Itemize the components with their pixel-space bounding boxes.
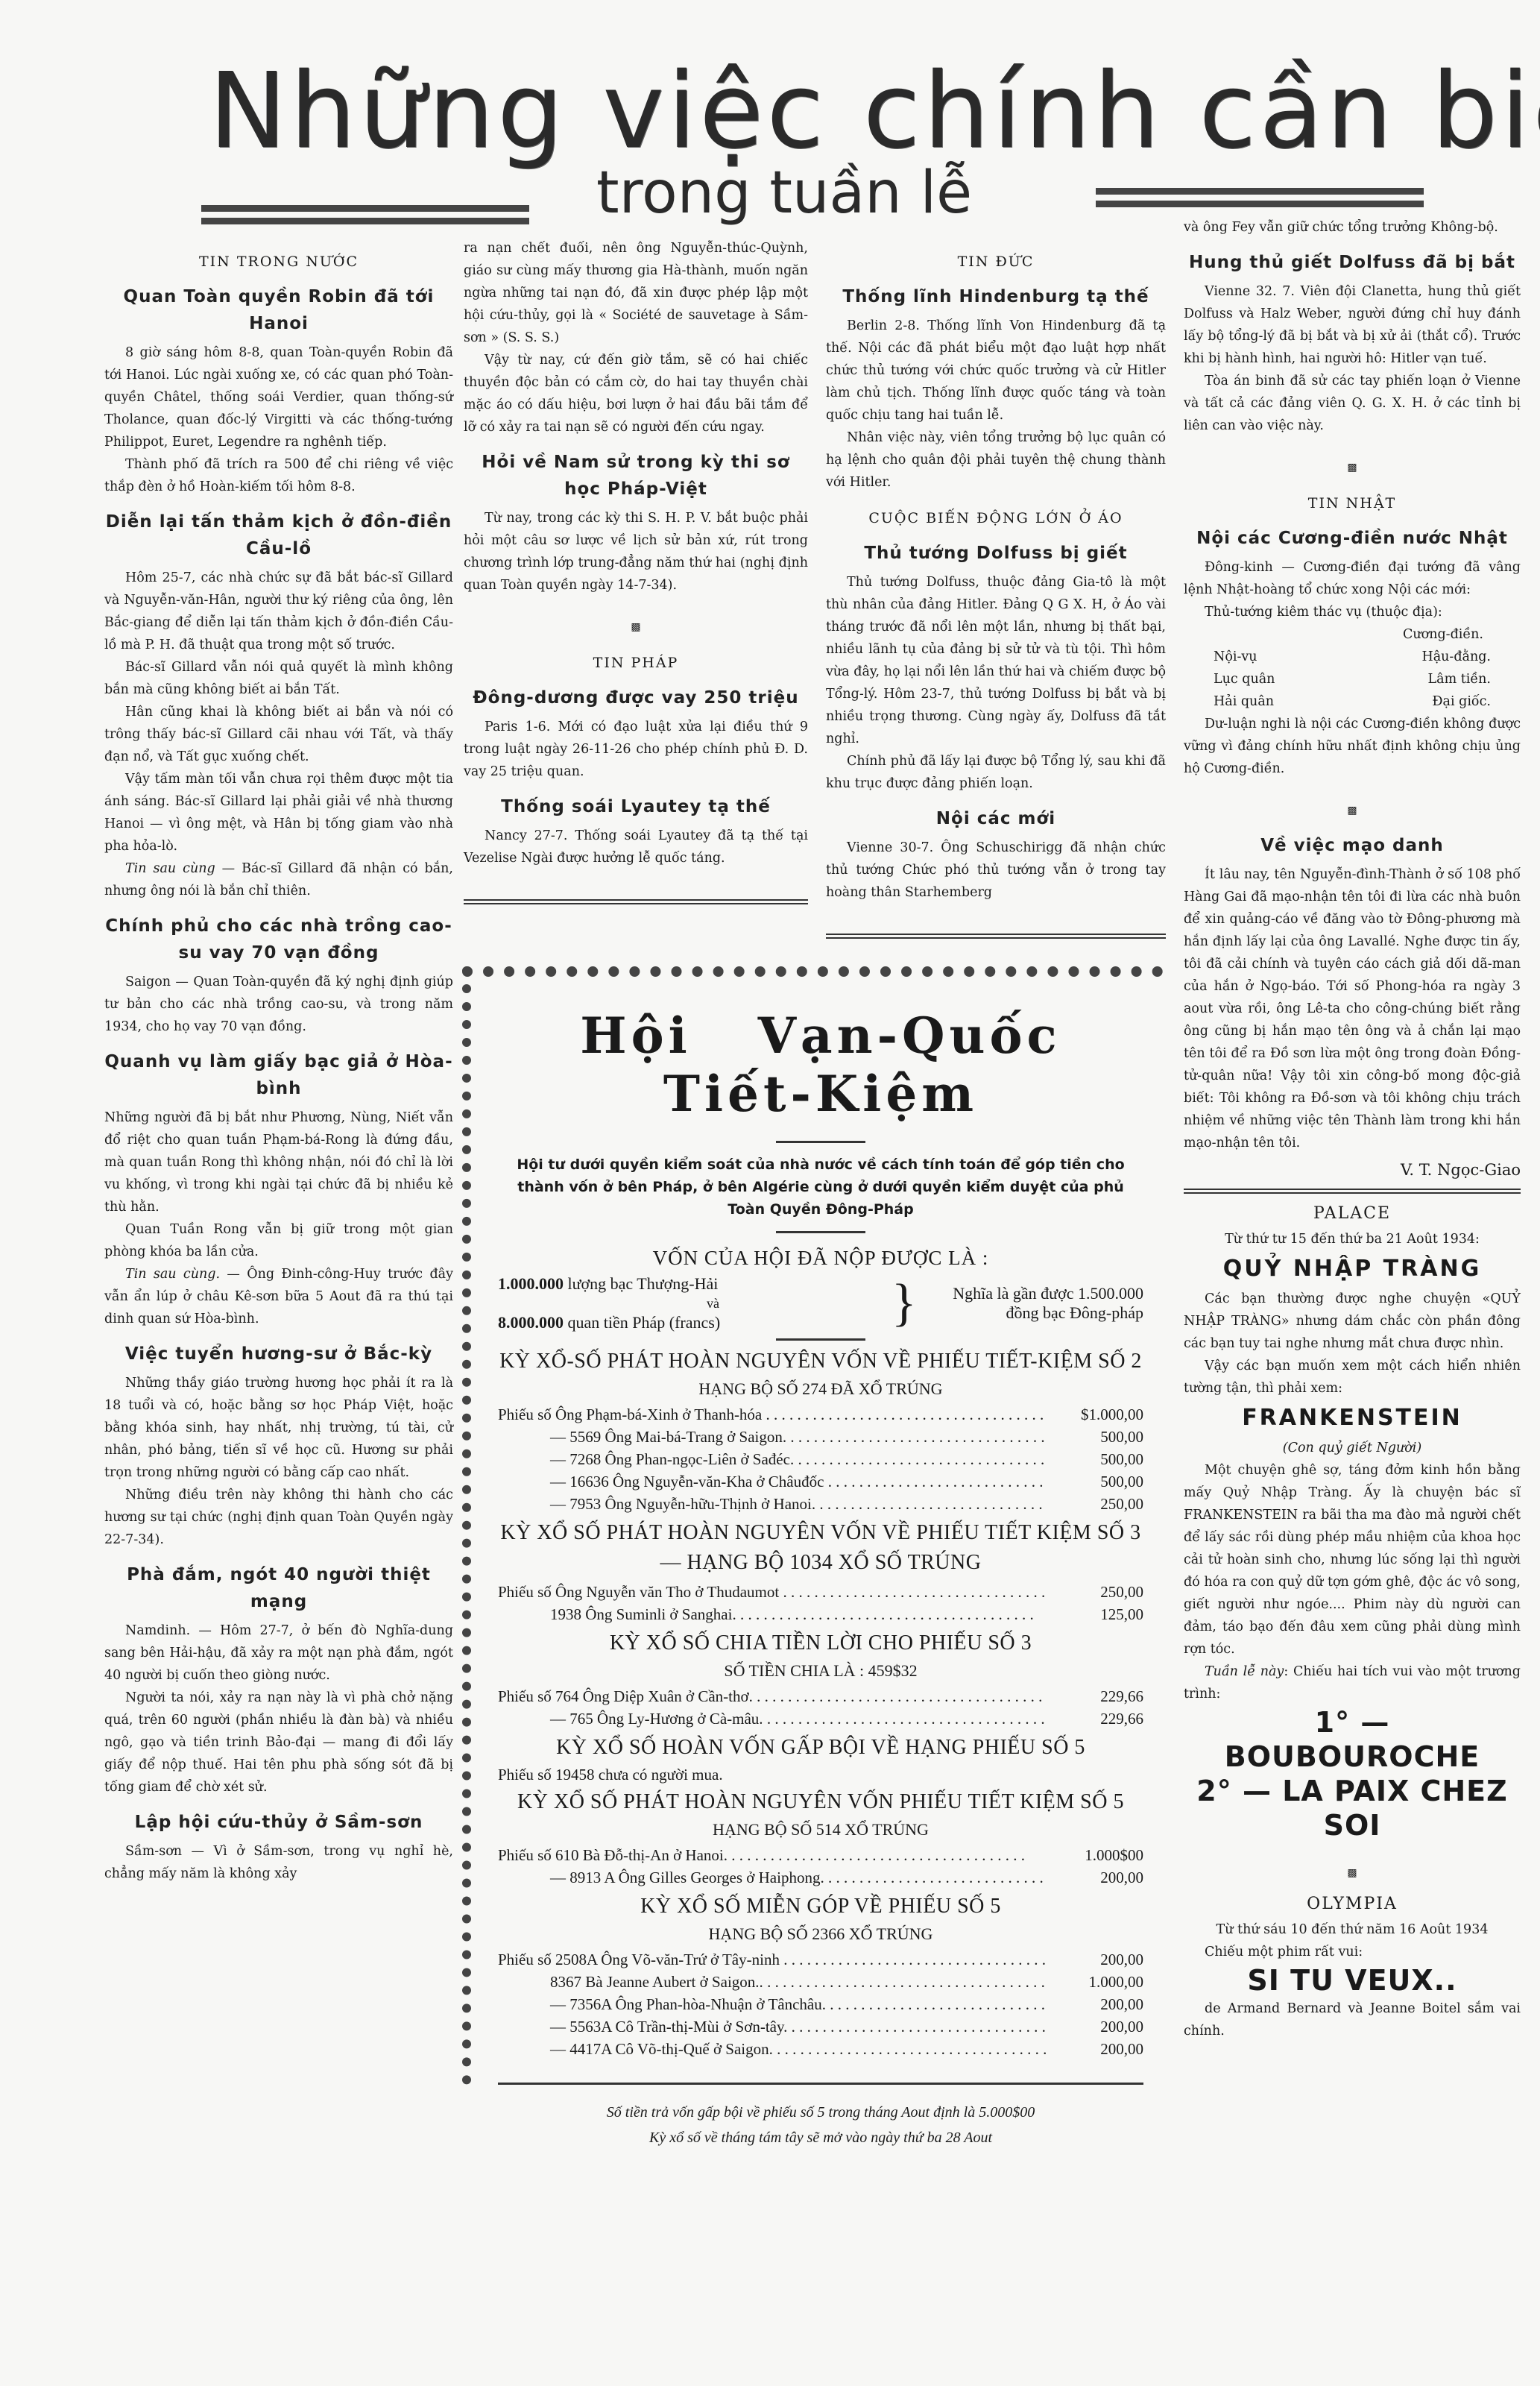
winner-row: Phiếu số Ông Phạm-bá-Xinh ở Thanh-hóa$1.… [498, 1403, 1143, 1426]
winner-row: — 4417A Cô Võ-thị-Quế ở Saigon.200,00 [498, 2038, 1143, 2060]
capital-unit: quan tiền Pháp (francs) [568, 1313, 721, 1332]
paragraph: và ông Fey vẫn giữ chức tổng trưởng Khôn… [1184, 216, 1521, 239]
headline: Nội các mới [826, 805, 1166, 832]
post: Hải quân [1214, 690, 1274, 713]
paragraph: Nhân việc này, viên tổng trưởng bộ lục q… [826, 426, 1166, 494]
post: Lục quân [1214, 668, 1275, 690]
italic-label: Tin sau cùng [125, 861, 215, 876]
conjunction: và [498, 1294, 886, 1313]
headline: Hỏi về Nam sử trong kỳ thi sơ học Pháp-V… [464, 449, 808, 503]
headline: Nội các Cương-điền nước Nhật [1184, 525, 1521, 552]
paragraph: Những người đã bị bắt như Phương, Nùng, … [104, 1107, 453, 1218]
winner-row: — 5563A Cô Trần-thị-Mùi ở Sơn-tây.200,00 [498, 2015, 1143, 2038]
showing-dates: Từ thứ sáu 10 đến thứ năm 16 Août 1934 [1184, 1918, 1521, 1941]
paragraph: Các bạn thường được nghe chuyện «QUỶ NHẬ… [1184, 1288, 1521, 1355]
winner-row: 8367 Bà Jeanne Aubert ở Saigon..1.000,00 [498, 1971, 1143, 1993]
paragraph: Paris 1-6. Mới có đạo luật xửa lại điều … [464, 716, 808, 783]
section-label: TIN ĐỨC [826, 251, 1166, 273]
column-two: ra nạn chết đuối, nên ông Nguyễn-thúc-Qu… [464, 237, 808, 912]
winner-row: 1938 Ông Suminli ở Sanghai.125,00 [498, 1603, 1143, 1625]
winner-row: — 16636 Ông Nguyễn-văn-Kha ở Châuđốc500,… [498, 1470, 1143, 1493]
winner-row: — 7356A Ông Phan-hòa-Nhuận ở Tânchâu.200… [498, 1993, 1143, 2015]
signature: V. T. Ngọc-Giao [1184, 1159, 1521, 1181]
draw-heading: KỲ XỔ SỐ CHIA TIỀN LỜI CHO PHIẾU SỐ 3 [498, 1628, 1143, 1658]
minister: Đại giốc. [1432, 690, 1491, 713]
paragraph: Những điều trên này không thi hành cho c… [104, 1484, 453, 1551]
paragraph: Ít lâu nay, tên Nguyễn-đình-Thành ở số 1… [1184, 863, 1521, 1154]
ad-footer: Số tiền trả vốn gấp bội về phiếu số 5 tr… [498, 2083, 1143, 2150]
paragraph: Tin sau cùng. — Ông Đinh-công-Huy trước … [104, 1263, 453, 1330]
divider [464, 899, 808, 904]
section-label: CUỘC BIẾN ĐỘNG LỚN Ở ÁO [826, 507, 1166, 529]
capital-equivalent: Nghĩa là gần được 1.500.000 đồng bạc Đôn… [923, 1284, 1143, 1323]
paragraph: Hân cũng khai là không biết ai bắn và nó… [104, 701, 453, 768]
ornament-icon: ▩ [1184, 799, 1521, 822]
paragraph: Bác-sĩ Gillard vẫn nói quả quyết là mình… [104, 656, 453, 701]
headline: Về việc mạo danh [1184, 832, 1521, 859]
draw-heading: KỲ XỔ SỐ MIỄN GÓP VỀ PHIẾU SỐ 5 [498, 1892, 1143, 1921]
footer-line: Kỳ xổ số về tháng tám tây sẽ mở vào ngày… [498, 2125, 1143, 2150]
paragraph: Những thầy giáo trường hương học phải ít… [104, 1372, 453, 1484]
draw-subheading: HẠNG BỘ SỐ 514 XỔ TRÚNG [498, 1820, 1143, 1839]
section-label: TIN NHẬT [1184, 492, 1521, 514]
paragraph: Saigon — Quan Toàn-quyền đã ký nghị định… [104, 971, 453, 1038]
capital-amount: 1.000.000 [498, 1274, 564, 1293]
winner-row: — 8913 A Ông Gilles Georges ở Haiphong.2… [498, 1866, 1143, 1889]
paragraph: Berlin 2-8. Thống lĩnh Von Hindenburg đã… [826, 315, 1166, 426]
paragraph: Tuần lễ này: Chiếu hai tích vui vào một … [1184, 1661, 1521, 1705]
cinema-name: PALACE [1184, 1203, 1521, 1225]
draw-subheading: HẠNG BỘ SỐ 2366 XỔ TRÚNG [498, 1924, 1143, 1944]
winner-row: Phiếu số 610 Bà Đỗ-thị-An ở Hanoi.1.000$… [498, 1844, 1143, 1866]
section-label: TIN PHÁP [464, 652, 808, 674]
winner-row: Phiếu số 2508A Ông Võ-văn-Trứ ở Tây-ninh… [498, 1948, 1143, 1971]
paragraph: Thành phố đã trích ra 500 để chi riêng v… [104, 453, 453, 498]
minister: Lâm tiền. [1428, 668, 1491, 690]
ornament-icon: ▩ [464, 616, 808, 638]
footer-line: Số tiền trả vốn gấp bội về phiếu số 5 tr… [498, 2100, 1143, 2125]
film-title: FRANKENSTEIN [1184, 1407, 1521, 1429]
paragraph: Quan Tuần Rong vẫn bị giữ trong một gian… [104, 1218, 453, 1263]
column-domestic-news: TIN TRONG NƯỚC Quan Toàn quyền Robin đã … [104, 237, 453, 1885]
headline: Quan Toàn quyền Robin đã tới Hanoi [104, 283, 453, 337]
masthead: Những việc chính cần biết trong tuần lễ [201, 30, 1424, 209]
paragraph: Chiếu một phim rất vui: [1184, 1941, 1521, 1963]
paragraph: de Armand Bernard và Jeanne Boitel sắm v… [1184, 1998, 1521, 2042]
paragraph: Từ nay, trong các kỳ thi S. H. P. V. bắt… [464, 507, 808, 596]
divider [776, 1141, 865, 1143]
paragraph: Thủ-tướng kiêm thác vụ (thuộc địa): [1184, 601, 1521, 623]
headline: Quanh vụ làm giấy bạc giả ở Hòa-bình [104, 1048, 453, 1102]
post: Nội-vụ [1214, 646, 1257, 668]
paragraph: Vienne 32. 7. Viên đội Clanetta, hung th… [1184, 280, 1521, 370]
draw-subheading: SỐ TIỀN CHIA LÀ : 459$32 [498, 1661, 1143, 1681]
cinema-name: OLYMPIA [1184, 1893, 1521, 1916]
masthead-subtitle: trong tuần lễ [596, 164, 972, 222]
paragraph: Đông-kinh — Cương-điền đại tướng đã vâng… [1184, 556, 1521, 601]
cabinet-row: Hải quânĐại giốc. [1184, 690, 1521, 713]
paragraph: Thủ tướng Dolfuss, thuộc đảng Gia-tô là … [826, 571, 1166, 750]
program-item: 2° — LA PAIX CHEZ SOI [1184, 1774, 1521, 1842]
headline: Thống soái Lyautey tạ thế [464, 793, 808, 820]
paragraph: Một chuyện ghê sợ, táng đởm kinh hồn bằn… [1184, 1459, 1521, 1661]
italic-label: Tin sau cùng. [125, 1267, 220, 1282]
paragraph: Vậy các bạn muốn xem một cách hiển nhiên… [1184, 1355, 1521, 1400]
draw-note: Phiếu số 19458 chưa có người mua. [498, 1766, 1143, 1784]
capital-amount: 8.000.000 [498, 1313, 564, 1332]
draw-heading: KỲ XỔ SỐ PHÁT HOÀN NGUYÊN VỐN VỀ PHIẾU T… [498, 1518, 1143, 1578]
paragraph: Nancy 27-7. Thống soái Lyautey đã tạ thế… [464, 825, 808, 869]
column-germany-news: TIN ĐỨC Thống lĩnh Hindenburg tạ thế Ber… [826, 237, 1166, 946]
paragraph: Tin sau cùng — Bác-sĩ Gillard đã nhận có… [104, 857, 453, 902]
program-item: 1° — BOUBOUROCHE [1184, 1705, 1521, 1774]
capital-heading: VỐN CỦA HỘI ĐÃ NỘP ĐƯỢC LÀ : [498, 1247, 1143, 1270]
draw-subheading: HẠNG BỘ SỐ 274 ĐÃ XỔ TRÚNG [498, 1379, 1143, 1399]
headline: Thống lĩnh Hindenburg tạ thế [826, 283, 1166, 310]
masthead-title: Những việc chính cần biết [209, 60, 1540, 164]
headline: Hung thủ giết Dolfuss đã bị bắt [1184, 249, 1521, 276]
paragraph: Tòa án binh đã sử các tay phiến loạn ở V… [1184, 370, 1521, 437]
draw-heading: KỲ XỔ SỐ PHÁT HOÀN NGUYÊN VỐN PHIẾU TIẾT… [498, 1787, 1143, 1817]
divider [826, 934, 1166, 939]
headline: Chính phủ cho các nhà trồng cao-su vay 7… [104, 913, 453, 966]
paragraph: Vậy từ nay, cứ đến giờ tắm, sẽ có hai ch… [464, 349, 808, 438]
cabinet-row: Lục quânLâm tiền. [1184, 668, 1521, 690]
film-title: QUỶ NHẬP TRÀNG [1184, 1258, 1521, 1280]
winner-row: — 765 Ông Ly-Hương ở Cà-mâu.229,66 [498, 1707, 1143, 1730]
masthead-rule-left [201, 205, 529, 224]
draw-heading: KỲ XỔ-SỐ PHÁT HOÀN NGUYÊN VỐN VỀ PHIẾU T… [498, 1347, 1143, 1376]
winner-row: — 5569 Ông Mai-bá-Trang ở Saigon.500,00 [498, 1426, 1143, 1448]
headline: Đông-dương được vay 250 triệu [464, 684, 808, 711]
winner-row: Phiếu số 764 Ông Diệp Xuân ở Cần-thơ.229… [498, 1685, 1143, 1707]
film-subtitle: (Con quỷ giết Người) [1184, 1437, 1521, 1459]
paragraph: Vậy tấm màn tối vẫn chưa rọi thêm được m… [104, 768, 453, 857]
section-label: TIN TRONG NƯỚC [104, 251, 453, 273]
brace-icon: } [892, 1281, 917, 1326]
paragraph: Người ta nói, xảy ra nạn này là vì phà c… [104, 1687, 453, 1798]
ad-intro: Hội tư dưới quyền kiểm soát của nhà nước… [498, 1153, 1143, 1221]
headline: Thủ tướng Dolfuss bị giết [826, 540, 1166, 567]
italic-label: Tuần lễ này [1205, 1664, 1284, 1679]
minister: Hậu-đằng. [1421, 646, 1491, 668]
winner-row: — 7268 Ông Phan-ngọc-Liên ở Sađéc.500,00 [498, 1448, 1143, 1470]
capital-unit: lượng bạc Thượng-Hải [568, 1274, 719, 1293]
divider [776, 1338, 865, 1341]
winner-row: Phiếu số Ông Nguyễn văn Tho ở Thudaumot2… [498, 1581, 1143, 1603]
paragraph: Hôm 25-7, các nhà chức sự đã bắt bác-sĩ … [104, 567, 453, 656]
paragraph: Vienne 30-7. Ông Schuschirigg đã nhận ch… [826, 837, 1166, 904]
cabinet-row: Nội-vụHậu-đằng. [1184, 646, 1521, 668]
column-four: và ông Fey vẫn giữ chức tổng trưởng Khôn… [1184, 216, 1521, 2042]
headline: Việc tuyển hương-sư ở Bắc-kỳ [104, 1341, 453, 1367]
ornament-icon: ▩ [1184, 456, 1521, 479]
ornament-icon: ▩ [1184, 1862, 1521, 1884]
cabinet-pm: Cương-điền. [1184, 623, 1521, 646]
paragraph: Namdinh. — Hôm 27-7, ở bến đò Nghĩa-dung… [104, 1619, 453, 1687]
ad-title: Hội Vạn-Quốc Tiết-Kiệm [498, 1007, 1143, 1123]
paragraph: Sầm-sơn — Vì ở Sầm-sơn, trong vụ nghỉ hè… [104, 1840, 453, 1885]
divider [776, 1231, 865, 1233]
winner-row: — 7953 Ông Nguyễn-hữu-Thịnh ở Hanoi.250,… [498, 1493, 1143, 1515]
savings-society-advertisement: Hội Vạn-Quốc Tiết-Kiệm Hội tư dưới quyền… [462, 966, 1163, 2085]
showing-dates: Từ thứ tư 15 đến thứ ba 21 Août 1934: [1184, 1228, 1521, 1250]
film-title: SI TU VEUX.. [1184, 1963, 1521, 1998]
masthead-rule-right [1096, 188, 1424, 207]
paragraph: 8 giờ sáng hôm 8-8, quan Toàn-quyền Robi… [104, 341, 453, 453]
capital-block: 1.000.000 lượng bạc Thượng-Hải và 8.000.… [498, 1274, 1143, 1332]
headline: Lập hội cứu-thủy ở Sầm-sơn [104, 1809, 453, 1836]
paragraph: ra nạn chết đuối, nên ông Nguyễn-thúc-Qu… [464, 237, 808, 349]
paragraph: Chính phủ đã lấy lại được bộ Tổng lý, sa… [826, 750, 1166, 795]
headline: Phà đắm, ngót 40 người thiệt mạng [104, 1561, 453, 1615]
draw-heading: KỲ XỔ SỐ HOÀN VỐN GẤP BỘI VỀ HẠNG PHIẾU … [498, 1733, 1143, 1763]
divider [1184, 1189, 1521, 1194]
headline: Diễn lại tấn thảm kịch ở đồn-điền Cầu-lồ [104, 509, 453, 562]
paragraph: Dư-luận nghi là nội các Cương-điền không… [1184, 713, 1521, 780]
